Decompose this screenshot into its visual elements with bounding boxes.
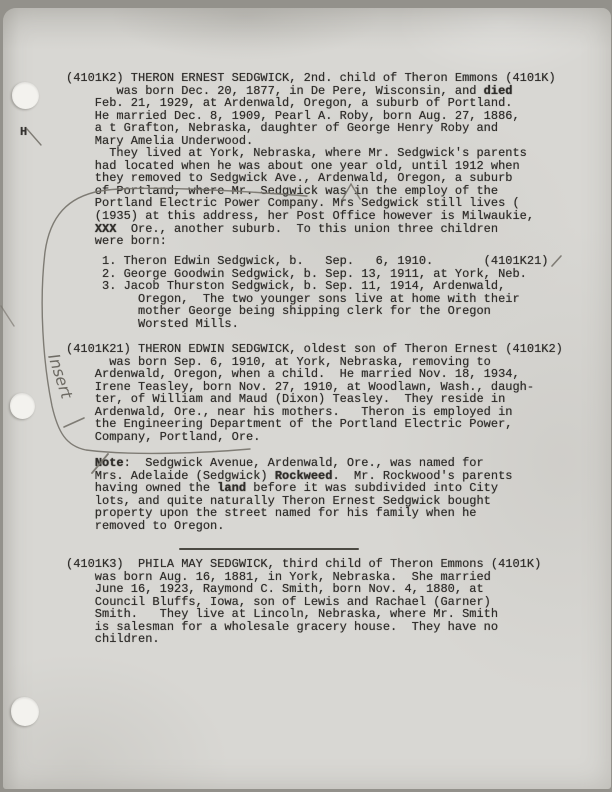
hole-punch-bottom	[11, 697, 39, 726]
note-paragraph: Note: Sedgwick Avenue, Ardenwald, Ore., …	[66, 457, 512, 532]
section-divider	[179, 548, 359, 550]
margin-letter: H	[20, 126, 27, 139]
paragraph-4101k3: (4101K3) PHILA MAY SEDGWICK, third child…	[66, 558, 541, 646]
paragraph-4101k21: (4101K21) THERON EDWIN SEDGWICK, oldest …	[66, 343, 563, 443]
hole-punch-top	[12, 82, 39, 109]
scanned-page: H (4101K2) THERON ERNEST SEDGWICK, 2nd. …	[0, 0, 612, 792]
children-list: 1. Theron Edwin Sedgwick, b. Sep. 6, 191…	[66, 255, 548, 330]
hole-punch-middle	[10, 393, 35, 419]
paragraph-4101k2: (4101K2) THERON ERNEST SEDGWICK, 2nd. ch…	[66, 72, 556, 248]
paper-sheet: H (4101K2) THERON ERNEST SEDGWICK, 2nd. …	[3, 8, 611, 789]
